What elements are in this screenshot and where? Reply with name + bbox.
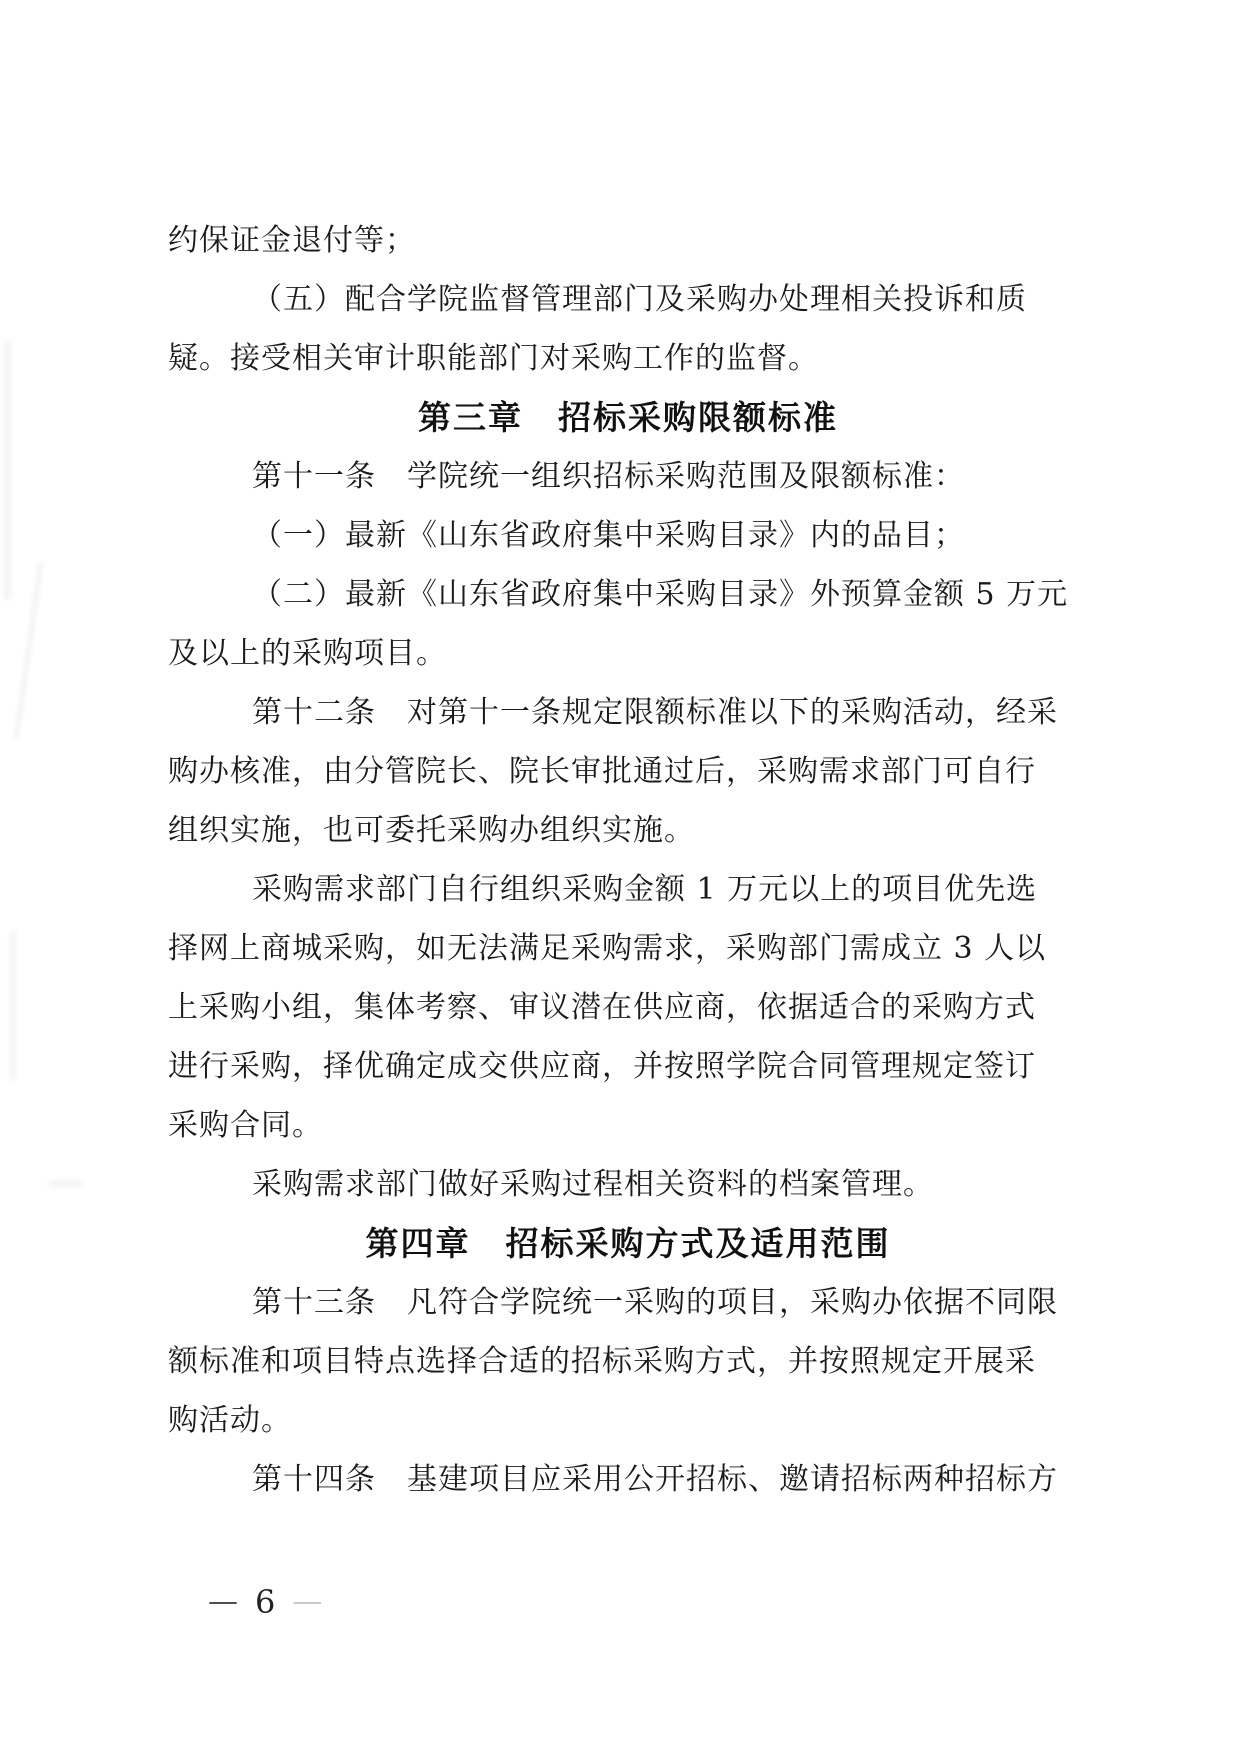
text-line: 第十四条 基建项目应采用公开招标、邀请招标两种招标方 <box>168 1450 1028 1509</box>
text-line: 采购需求部门做好采购过程相关资料的档案管理。 <box>168 1155 1028 1214</box>
chapter-heading: 第四章 招标采购方式及适用范围 <box>198 1214 1058 1273</box>
scan-smudge <box>48 1180 82 1187</box>
footer-dash-right: — <box>292 1577 322 1627</box>
text-line: 择网上商城采购，如无法满足采购需求，采购部门需成立 3 人以 <box>168 919 1028 978</box>
chapter-heading: 第三章 招标采购限额标准 <box>198 388 1058 447</box>
footer-dash-left: — <box>208 1577 238 1627</box>
text-line: 购活动。 <box>168 1391 1028 1450</box>
text-line: 疑。接受相关审计职能部门对采购工作的监督。 <box>168 329 1028 388</box>
text-line: 组织实施，也可委托采购办组织实施。 <box>168 801 1028 860</box>
text-line: 购办核准，由分管院长、院长审批通过后，采购需求部门可自行 <box>168 742 1028 801</box>
scan-smudge <box>13 561 43 740</box>
scan-smudge <box>10 930 16 1080</box>
page-footer: — 6 — <box>208 1577 322 1627</box>
text-line: 第十三条 凡符合学院统一采购的项目，采购办依据不同限 <box>168 1273 1028 1332</box>
page-number: 6 <box>255 1577 275 1627</box>
text-line: 第十二条 对第十一条规定限额标准以下的采购活动，经采 <box>168 683 1028 742</box>
text-line: （一）最新《山东省政府集中采购目录》内的品目； <box>168 506 1028 565</box>
text-line: 采购合同。 <box>168 1096 1028 1155</box>
text-line: 上采购小组，集体考察、审议潜在供应商，依据适合的采购方式 <box>168 978 1028 1037</box>
text-line: 进行采购，择优确定成交供应商，并按照学院合同管理规定签订 <box>168 1037 1028 1096</box>
text-line: （二）最新《山东省政府集中采购目录》外预算金额 5 万元 <box>168 565 1028 624</box>
text-line: 第十一条 学院统一组织招标采购范围及限额标准： <box>168 447 1028 506</box>
text-line: 约保证金退付等； <box>168 211 1028 270</box>
document-page: 约保证金退付等；（五）配合学院监督管理部门及采购办处理相关投诉和质疑。接受相关审… <box>0 0 1241 1755</box>
scan-smudge <box>4 340 11 600</box>
document-body: 约保证金退付等；（五）配合学院监督管理部门及采购办处理相关投诉和质疑。接受相关审… <box>168 211 1028 1509</box>
text-line: 采购需求部门自行组织采购金额 1 万元以上的项目优先选 <box>168 860 1028 919</box>
text-line: 额标准和项目特点选择合适的招标采购方式，并按照规定开展采 <box>168 1332 1028 1391</box>
text-line: （五）配合学院监督管理部门及采购办处理相关投诉和质 <box>168 270 1028 329</box>
text-line: 及以上的采购项目。 <box>168 624 1028 683</box>
